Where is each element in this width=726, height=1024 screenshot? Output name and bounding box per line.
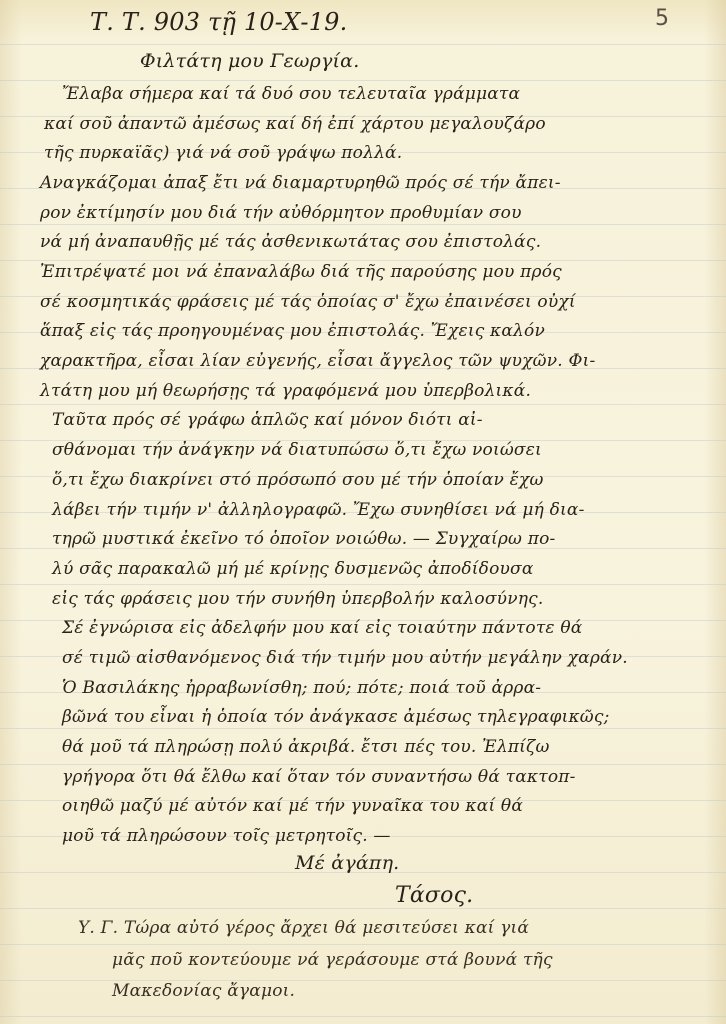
closing: Μέ ἀγάπη.	[295, 852, 399, 874]
handwritten-letter-page: Τ. Τ. 903 τῇ 10-Χ-19. 5 Φιλτάτη μου Γεωρ…	[0, 0, 726, 1024]
rule-line	[0, 224, 726, 225]
body-line: λτάτη μου μή θεωρήσῃς τά γραφόμενά μου ὑ…	[40, 381, 531, 401]
body-line: σθάνομαι τήν ἀνάγκην νά διατυπώσω ὅ,τι ἔ…	[52, 440, 542, 460]
body-line: τῆς πυρκαϊᾶς) γιά νά σοῦ γράψω πολλά.	[44, 143, 402, 163]
salutation: Φιλτάτη μου Γεωργία.	[140, 50, 359, 72]
rule-line	[0, 764, 726, 765]
body-line: ρον ἐκτίμησίν μου διά τήν αὐθόρμητον προ…	[40, 203, 522, 223]
rule-line	[0, 404, 726, 405]
body-line: τηρῶ μυστικά ἐκεῖνο τό ὁποῖον νοιώθω. — …	[52, 529, 555, 549]
rule-line	[0, 1016, 726, 1017]
letter-header-reference: Τ. Τ. 903 τῇ 10-Χ-19.	[90, 8, 347, 36]
body-line: θά μοῦ τά πληρώσῃ πολύ ἀκριβά. ἔτσι πές …	[62, 737, 550, 757]
body-line: σέ κοσμητικάς φράσεις μέ τάς ὁποίας σ' ἔ…	[40, 292, 576, 312]
rule-line	[0, 584, 726, 585]
body-line: Ταῦτα πρός σέ γράφω ἁπλῶς καί μόνον διότ…	[52, 410, 483, 430]
body-line: λύ σᾶς παρακαλῶ μή μέ κρίνῃς δυσμενῶς ἀπ…	[52, 559, 534, 579]
rule-line	[0, 44, 726, 45]
rule-line	[0, 260, 726, 261]
rule-line	[0, 908, 726, 909]
body-line: εἰς τάς φράσεις μου τήν συνήθη ὑπερβολήν…	[52, 589, 543, 609]
body-line: Ἔλαβα σήμερα καί τά δυό σου τελευταῖα γρ…	[62, 84, 520, 104]
postscript-line: μᾶς ποῦ κοντεύουμε νά γεράσουμε στά βουν…	[112, 950, 553, 970]
rule-line	[0, 944, 726, 945]
body-line: Ὁ Βασιλάκης ἠρραβωνίσθη; πού; πότε; ποιά…	[62, 678, 541, 698]
body-line: ἅπαξ εἰς τάς προηγουμένας μου ἐπιστολάς.…	[40, 321, 545, 341]
postscript-line: Μακεδονίας ἄγαμοι.	[112, 981, 295, 1001]
signature: Τάσος.	[395, 883, 473, 908]
body-line: γρήγορα ὅτι θά ἔλθω καί ὅταν τόν συναντή…	[62, 767, 576, 787]
body-line: Σέ ἐγνώρισα εἰς ἀδελφήν μου καί εἰς τοια…	[62, 618, 582, 638]
body-line: Ἐπιτρέψατέ μοι νά ἐπαναλάβω διά τῆς παρο…	[40, 262, 562, 282]
body-line: λάβει τήν τιμήν ν' ἀλληλογραφῶ. Ἔχω συνη…	[52, 500, 585, 520]
rule-line	[0, 80, 726, 81]
body-line: ὅ,τι ἔχω διακρίνει στό πρόσωπό σου μέ τή…	[52, 470, 544, 490]
postscript-line: Υ. Γ. Τώρα αὐτό γέρος ἄρχει θά μεσιτεύσε…	[78, 918, 529, 938]
body-line: νά μή ἀναπαυθῇς μέ τάς ἀσθενικωτάτας σου…	[40, 232, 541, 252]
body-line: οιηθῶ μαζύ μέ αὐτόν καί μέ τήν γυναῖκα τ…	[62, 796, 523, 816]
body-line: καί σοῦ ἀπαντῶ ἀμέσως καί δή ἐπί χάρτου …	[44, 114, 546, 134]
page-number: 5	[655, 6, 669, 31]
rule-line	[0, 980, 726, 981]
body-line: μοῦ τά πληρώσουν τοῖς μετρητοῖς. —	[62, 826, 391, 846]
body-line: Αναγκάζομαι ἀπαξ ἔτι νά διαμαρτυρηθῶ πρό…	[40, 173, 561, 193]
body-line: χαρακτῆρα, εἶσαι λίαν εὐγενής, εἶσαι ἄγγ…	[40, 351, 595, 371]
rule-line	[0, 728, 726, 729]
body-line: σέ τιμῶ αἰσθανόμενος διά τήν τιμήν μου α…	[62, 648, 628, 668]
body-line: βῶνά του εἶναι ἡ ὁποία τόν ἀνάγκασε ἀμέσ…	[62, 707, 610, 727]
